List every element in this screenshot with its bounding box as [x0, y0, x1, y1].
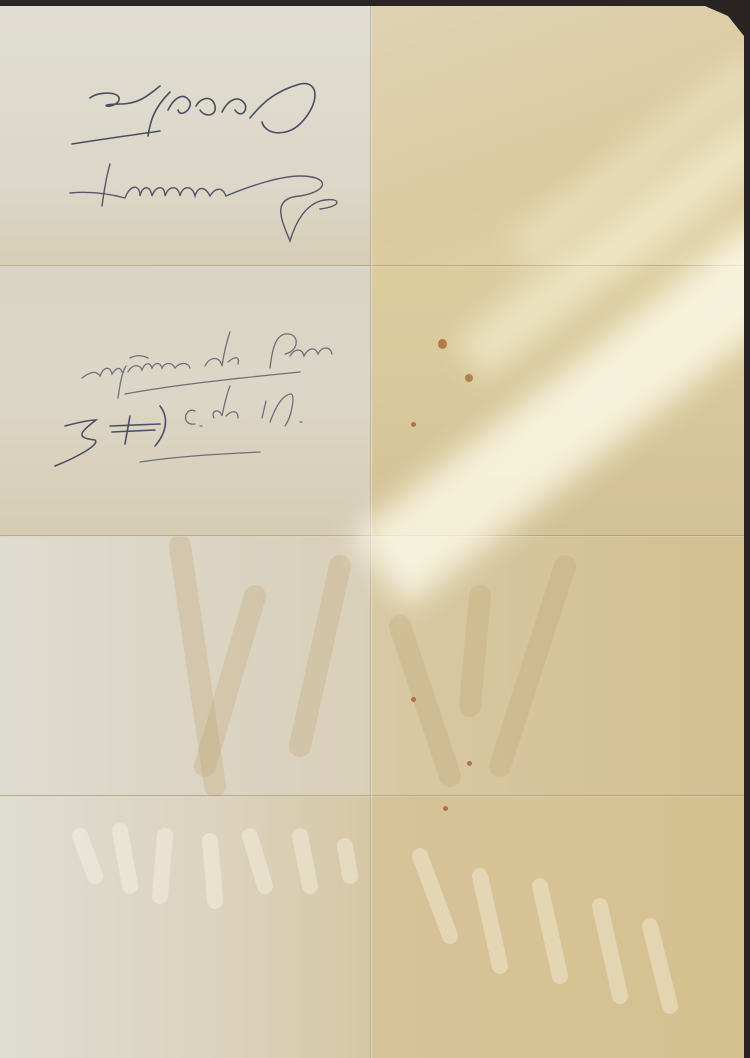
- note-line1-text: Muñecas de Paris: [90, 346, 99, 347]
- fold-panel-top-right: [372, 6, 744, 265]
- fold-panel-bottom-right: [372, 796, 744, 1058]
- fold-line-vertical: [370, 6, 372, 1058]
- note-line2-text: 5 4) C. de 1ª: [70, 416, 76, 417]
- fold-panel-lower-right: [372, 536, 744, 795]
- stain-spot: [443, 806, 448, 811]
- poster-back: Aurora Sucesores Muñecas de Paris 5 4) C…: [0, 6, 744, 1058]
- fold-line-2: [0, 535, 744, 537]
- stain-spot: [411, 697, 416, 702]
- fold-panel-bottom-left: [0, 796, 371, 1058]
- upside-down-note-line2-text: Sucesores: [80, 176, 85, 177]
- fold-panel-lower-left: [0, 536, 371, 795]
- photo-scene: Aurora Sucesores Muñecas de Paris 5 4) C…: [0, 0, 750, 1058]
- stain-spot: [467, 761, 472, 766]
- fold-line-1: [0, 265, 744, 267]
- upside-down-note-line1-text: Aurora: [80, 86, 84, 87]
- stain-spot: [411, 422, 416, 427]
- stain-spot: [465, 374, 473, 382]
- fold-panel-middle-left: [0, 266, 371, 535]
- fold-line-3: [0, 795, 744, 797]
- fold-panel-middle-right: [372, 266, 744, 535]
- fold-panel-top-left: [0, 6, 371, 265]
- stain-spot: [438, 339, 447, 349]
